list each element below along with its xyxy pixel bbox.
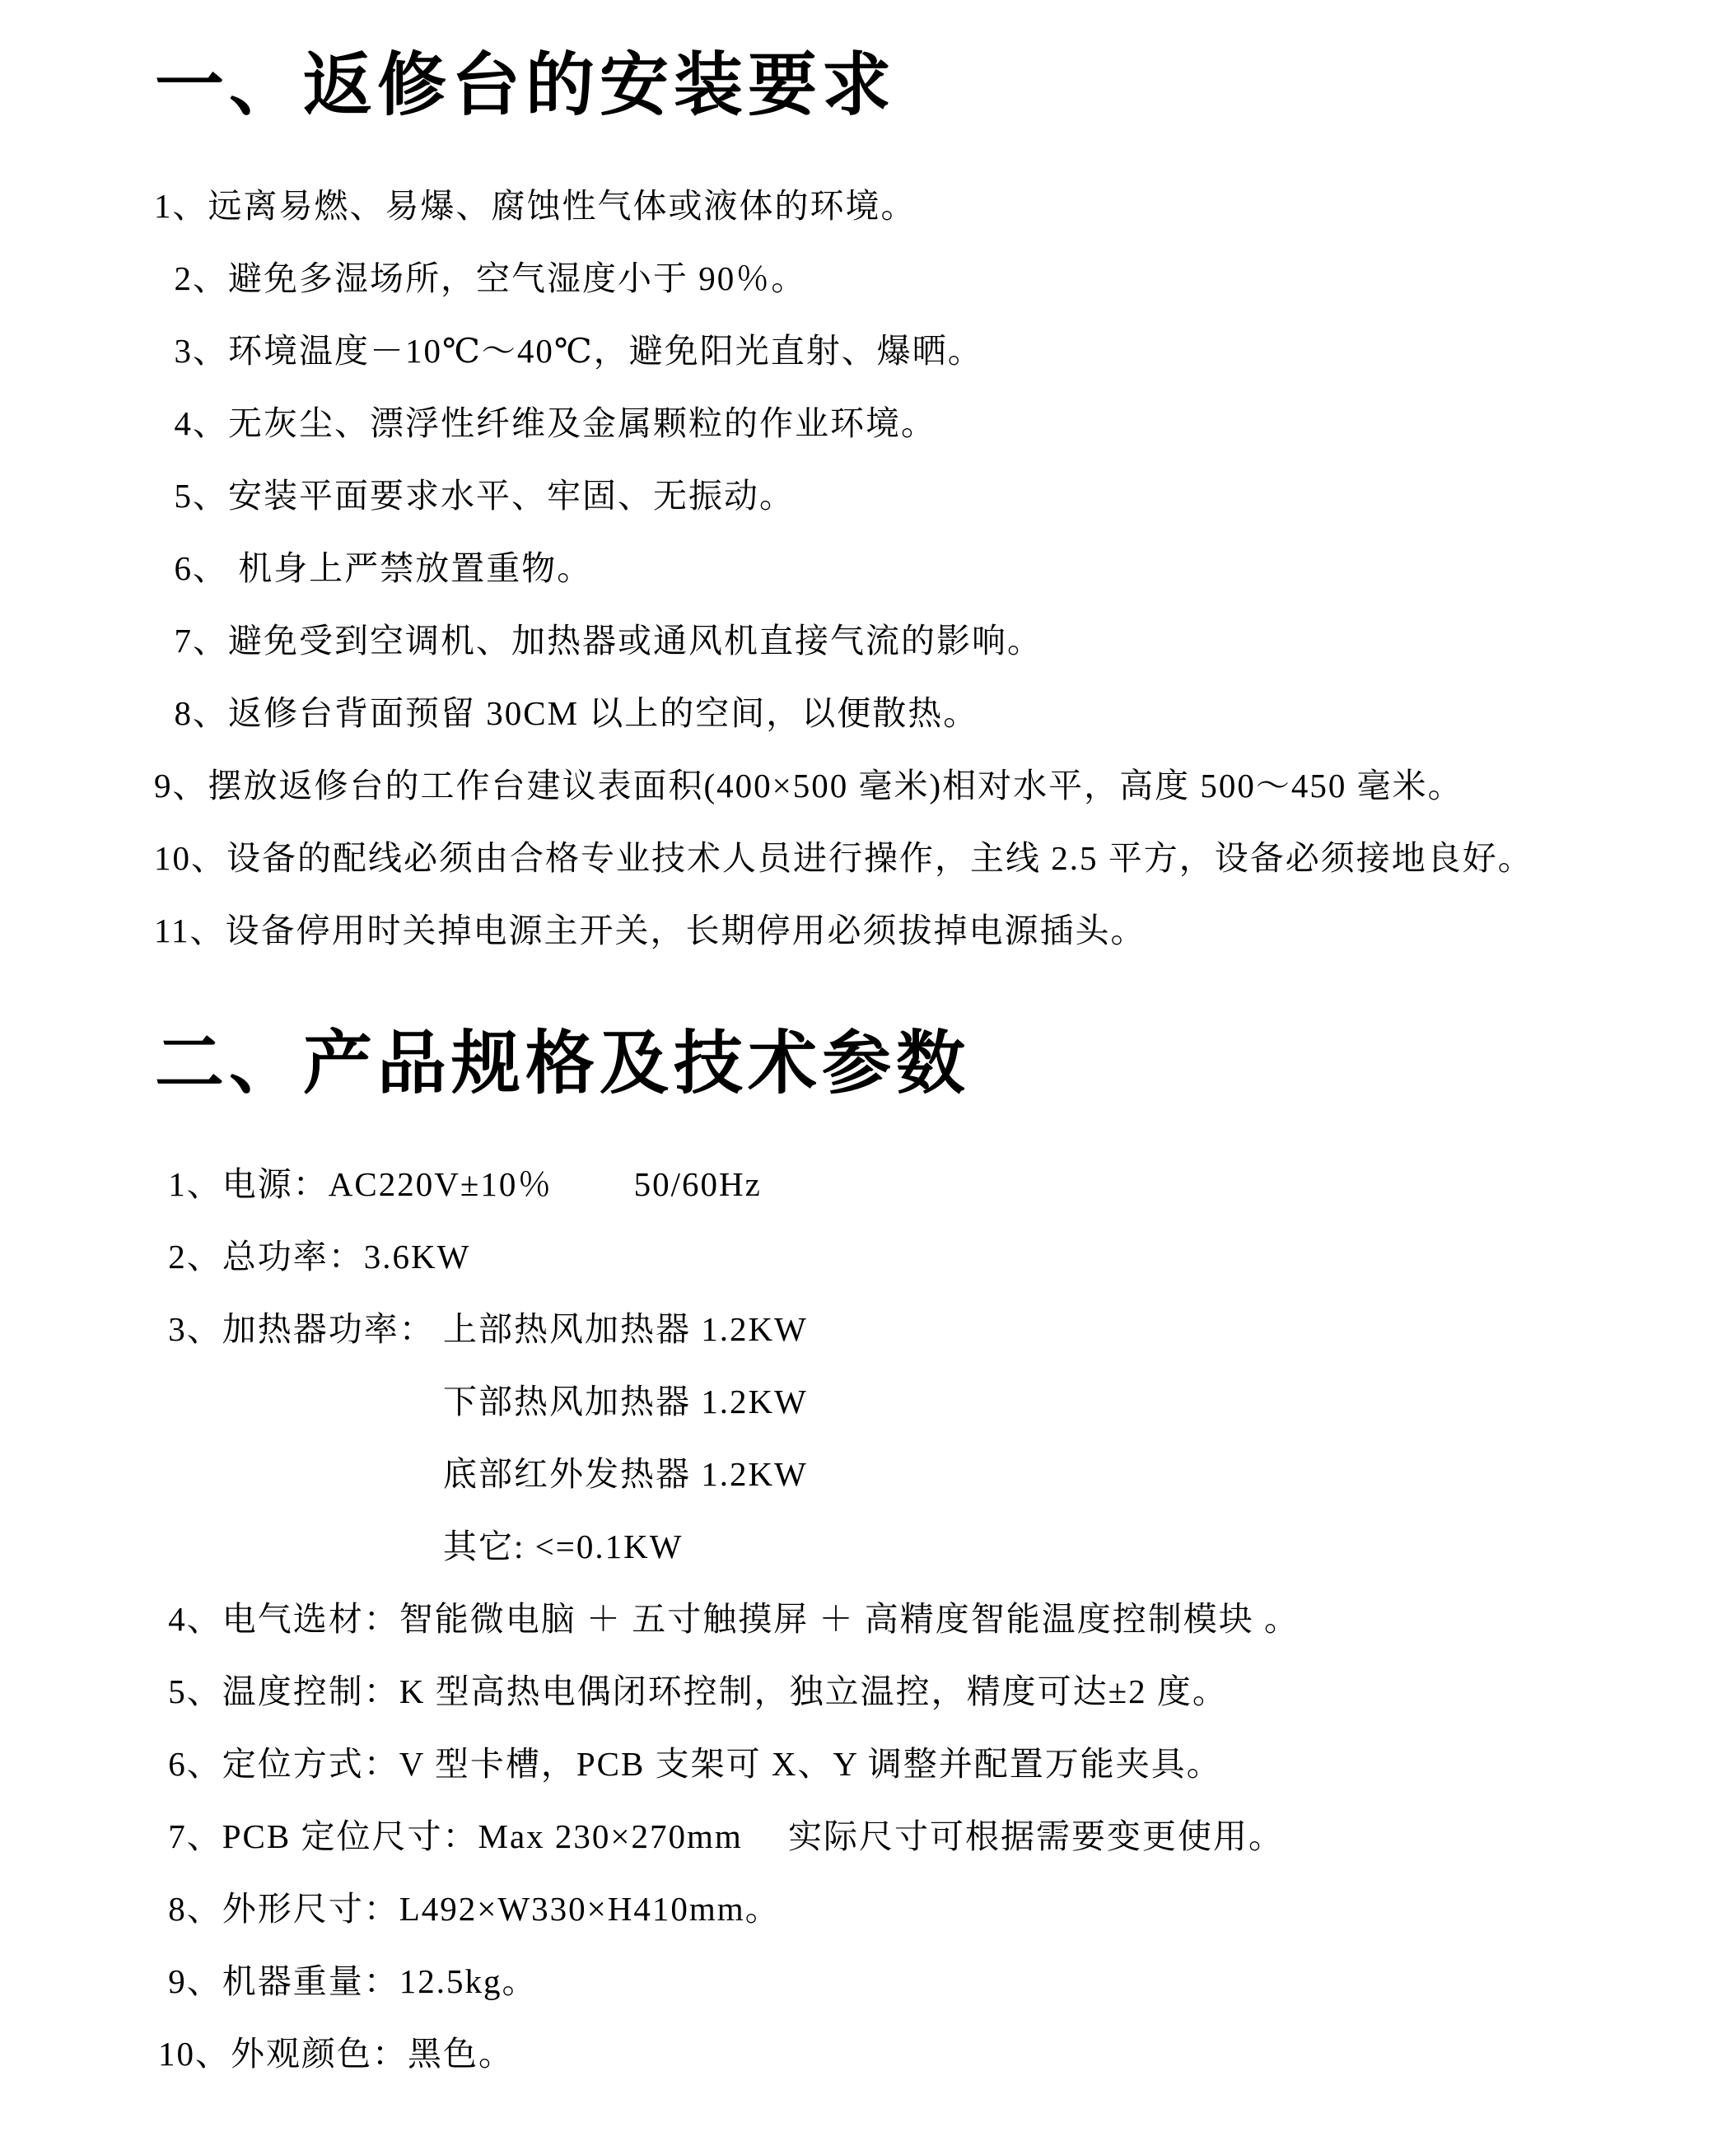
sub-list-item: 下部热风加热器 1.2KW [443, 1380, 808, 1423]
list-item: 3、加热器功率：上部热风加热器 1.2KW下部热风加热器 1.2KW底部红外发热… [158, 1308, 1736, 1568]
list-item: 9、摆放返修台的工作台建议表面积(400×500 毫米)相对水平，高度 500～… [154, 764, 1736, 807]
list-item: 9、机器重量：12.5kg。 [158, 1960, 1736, 2003]
list-item: 2、避免多湿场所，空气湿度小于 90％。 [154, 257, 1736, 300]
list-item: 4、无灰尘、漂浮性纤维及金属颗粒的作业环境。 [154, 402, 1736, 445]
list-item: 5、温度控制：K 型高热电偶闭环控制，独立温控，精度可达±2 度。 [158, 1670, 1736, 1713]
document-page: 一、返修台的安装要求 1、远离易燃、易爆、腐蚀性气体或液体的环境。 2、避免多湿… [0, 0, 1736, 2141]
list-item: 3、环境温度－10℃～40℃，避免阳光直射、爆晒。 [154, 329, 1736, 372]
section-1-list: 1、远离易燃、易爆、腐蚀性气体或液体的环境。 2、避免多湿场所，空气湿度小于 9… [0, 184, 1736, 952]
list-item: 1、电源：AC220V±10％ 50/60Hz [158, 1163, 1736, 1206]
section-product-specs: 二、产品规格及技术参数 1、电源：AC220V±10％ 50/60Hz 2、总功… [0, 952, 1736, 2075]
section-installation-requirements: 一、返修台的安装要求 1、远离易燃、易爆、腐蚀性气体或液体的环境。 2、避免多湿… [0, 0, 1736, 952]
list-item: 1、远离易燃、易爆、腐蚀性气体或液体的环境。 [154, 184, 1736, 227]
list-item: 7、PCB 定位尺寸：Max 230×270mm 实际尺寸可根据需要变更使用。 [158, 1815, 1736, 1858]
list-item-label: 3、加热器功率： [158, 1308, 443, 1350]
list-item: 5、安装平面要求水平、牢固、无振动。 [154, 474, 1736, 517]
list-item: 6、 机身上严禁放置重物。 [154, 547, 1736, 590]
sub-list-item: 底部红外发热器 1.2KW [443, 1453, 808, 1495]
list-item: 8、返修台背面预留 30CM 以上的空间，以便散热。 [154, 692, 1736, 735]
list-item: 2、总功率：3.6KW [158, 1235, 1736, 1278]
sub-list-item: 上部热风加热器 1.2KW [443, 1308, 808, 1350]
list-item: 4、电气选材：智能微电脑 ＋ 五寸触摸屏 ＋ 高精度智能温度控制模块 。 [158, 1598, 1736, 1640]
section-2-title: 二、产品规格及技术参数 [0, 952, 1736, 1117]
list-item: 10、外观颜色：黑色。 [158, 2032, 1736, 2075]
list-item: 8、外形尺寸：L492×W330×H410mm。 [158, 1887, 1736, 1930]
sub-list-item: 其它: <=0.1KW [443, 1525, 808, 1568]
list-item: 7、避免受到空调机、加热器或通风机直接气流的影响。 [154, 619, 1736, 662]
list-item: 11、设备停用时关掉电源主开关，长期停用必须拔掉电源插头。 [154, 909, 1736, 952]
section-2-list: 1、电源：AC220V±10％ 50/60Hz 2、总功率：3.6KW 3、加热… [0, 1163, 1736, 2075]
section-1-title: 一、返修台的安装要求 [0, 0, 1736, 138]
sub-item-list: 上部热风加热器 1.2KW下部热风加热器 1.2KW底部红外发热器 1.2KW其… [443, 1308, 808, 1568]
list-item: 6、定位方式：V 型卡槽，PCB 支架可 X、Y 调整并配置万能夹具。 [158, 1742, 1736, 1785]
list-item: 10、设备的配线必须由合格专业技术人员进行操作，主线 2.5 平方，设备必须接地… [154, 837, 1736, 879]
